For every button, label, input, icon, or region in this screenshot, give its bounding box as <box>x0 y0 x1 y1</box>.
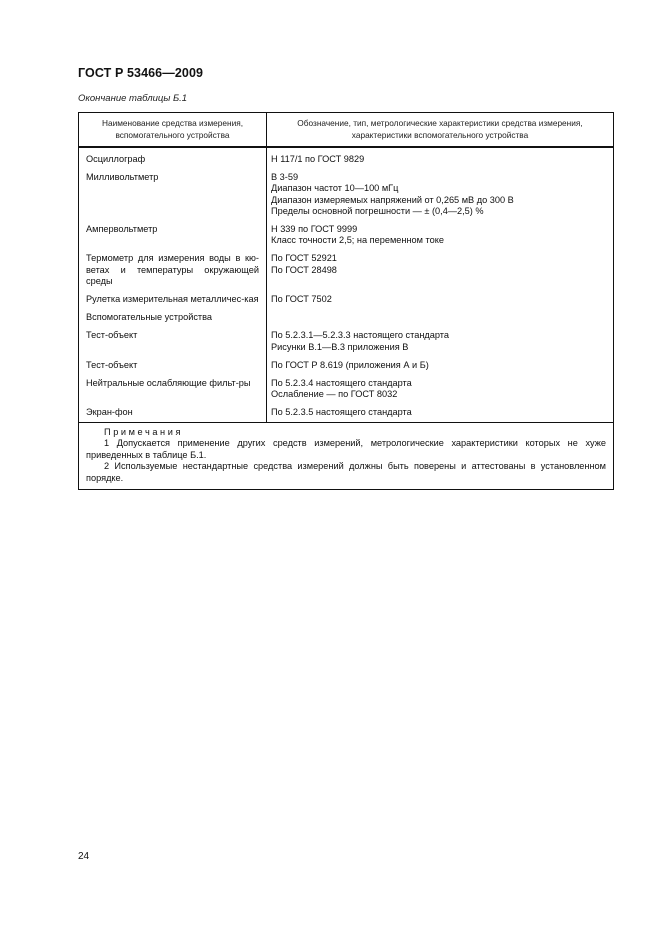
table-row: МилливольтметрВ 3-59Диапазон частот 10—1… <box>79 168 613 220</box>
spec-line: Диапазон частот 10—100 мГц <box>271 183 605 194</box>
cell-equipment-spec: По 5.2.3.5 настоящего стандарта <box>267 403 613 421</box>
column-header-name: Наименование средства измерения, вспомог… <box>79 113 267 146</box>
spec-line: По ГОСТ 28498 <box>271 265 605 276</box>
equipment-name: Тест-объект <box>86 360 259 371</box>
table-caption: Окончание таблицы Б.1 <box>78 93 187 104</box>
spec-line: По 5.2.3.4 настоящего стандарта <box>271 378 605 389</box>
cell-equipment-name: Рулетка измерительная металличес-кая <box>79 290 267 308</box>
cell-equipment-spec: Н 117/1 по ГОСТ 9829 <box>267 148 613 168</box>
column-header-spec: Обозначение, тип, метрологические характ… <box>267 113 613 146</box>
equipment-name: Термометр для измерения воды в кю-ветах … <box>86 253 259 287</box>
page-number: 24 <box>78 851 89 862</box>
table-row: АмпервольтметрН 339 по ГОСТ 9999Класс то… <box>79 220 613 249</box>
equipment-name: Нейтральные ослабляющие фильт-ры <box>86 378 259 389</box>
equipment-name: Экран-фон <box>86 407 259 418</box>
cell-equipment-name: Милливольтметр <box>79 168 267 220</box>
table-row: Экран-фонПо 5.2.3.5 настоящего стандарта <box>79 403 613 422</box>
spec-line: Н 339 по ГОСТ 9999 <box>271 224 605 235</box>
cell-equipment-name: Ампервольтметр <box>79 220 267 249</box>
spec-line: Рисунки В.1—В.3 приложения В <box>271 342 605 353</box>
notes-title: Примечания <box>86 427 606 439</box>
spec-line: Пределы основной погрешности — ± (0,4—2,… <box>271 206 605 217</box>
table-row: ОсциллографН 117/1 по ГОСТ 9829 <box>79 148 613 168</box>
cell-equipment-spec: По ГОСТ Р 8.619 (приложения А и Б) <box>267 356 613 374</box>
note-item: 1 Допускается применение других средств … <box>86 438 606 461</box>
cell-equipment-name: Вспомогательные устройства <box>79 308 267 326</box>
table-row: Тест-объектПо 5.2.3.1—5.2.3.3 настоящего… <box>79 326 613 355</box>
equipment-name: Осциллограф <box>86 154 259 165</box>
spec-line: Диапазон измеряемых напряжений от 0,265 … <box>271 195 605 206</box>
equipment-name: Тест-объект <box>86 330 259 341</box>
note-item: 2 Используемые нестандартные средства из… <box>86 461 606 484</box>
cell-equipment-spec <box>267 308 613 326</box>
spec-line: По 5.2.3.1—5.2.3.3 настоящего стандарта <box>271 330 605 341</box>
cell-equipment-name: Экран-фон <box>79 403 267 421</box>
table-header-row: Наименование средства измерения, вспомог… <box>79 113 613 148</box>
table-body: ОсциллографН 117/1 по ГОСТ 9829Милливоль… <box>79 148 613 423</box>
spec-line: Ослабление — по ГОСТ 8032 <box>271 389 605 400</box>
spec-line: По 5.2.3.5 настоящего стандарта <box>271 407 605 418</box>
equipment-name: Вспомогательные устройства <box>86 312 259 323</box>
spec-line: Н 117/1 по ГОСТ 9829 <box>271 154 605 165</box>
document-title: ГОСТ Р 53466—2009 <box>78 66 203 80</box>
cell-equipment-spec: По 5.2.3.4 настоящего стандартаОслаблени… <box>267 374 613 403</box>
cell-equipment-name: Нейтральные ослабляющие фильт-ры <box>79 374 267 403</box>
cell-equipment-name: Термометр для измерения воды в кю-ветах … <box>79 249 267 290</box>
cell-equipment-spec: По 5.2.3.1—5.2.3.3 настоящего стандартаР… <box>267 326 613 355</box>
table-row: Термометр для измерения воды в кю-ветах … <box>79 249 613 290</box>
table-notes: Примечания 1 Допускается применение друг… <box>79 423 613 490</box>
table-row: Вспомогательные устройства <box>79 308 613 326</box>
spec-line: Класс точности 2,5; на переменном токе <box>271 235 605 246</box>
cell-equipment-spec: Н 339 по ГОСТ 9999Класс точности 2,5; на… <box>267 220 613 249</box>
equipment-name: Ампервольтметр <box>86 224 259 235</box>
cell-equipment-spec: По ГОСТ 7502 <box>267 290 613 308</box>
table-row: Нейтральные ослабляющие фильт-рыПо 5.2.3… <box>79 374 613 403</box>
spec-line: По ГОСТ 52921 <box>271 253 605 264</box>
equipment-name: Рулетка измерительная металличес-кая <box>86 294 259 305</box>
equipment-table: Наименование средства измерения, вспомог… <box>78 112 614 490</box>
table-row: Рулетка измерительная металличес-каяПо Г… <box>79 290 613 308</box>
cell-equipment-spec: В 3-59Диапазон частот 10—100 мГцДиапазон… <box>267 168 613 220</box>
equipment-name: Милливольтметр <box>86 172 259 183</box>
spec-line: В 3-59 <box>271 172 605 183</box>
cell-equipment-name: Тест-объект <box>79 326 267 355</box>
spec-line: По ГОСТ Р 8.619 (приложения А и Б) <box>271 360 605 371</box>
cell-equipment-name: Осциллограф <box>79 148 267 168</box>
table-row: Тест-объектПо ГОСТ Р 8.619 (приложения А… <box>79 356 613 374</box>
spec-line: По ГОСТ 7502 <box>271 294 605 305</box>
cell-equipment-spec: По ГОСТ 52921По ГОСТ 28498 <box>267 249 613 290</box>
cell-equipment-name: Тест-объект <box>79 356 267 374</box>
